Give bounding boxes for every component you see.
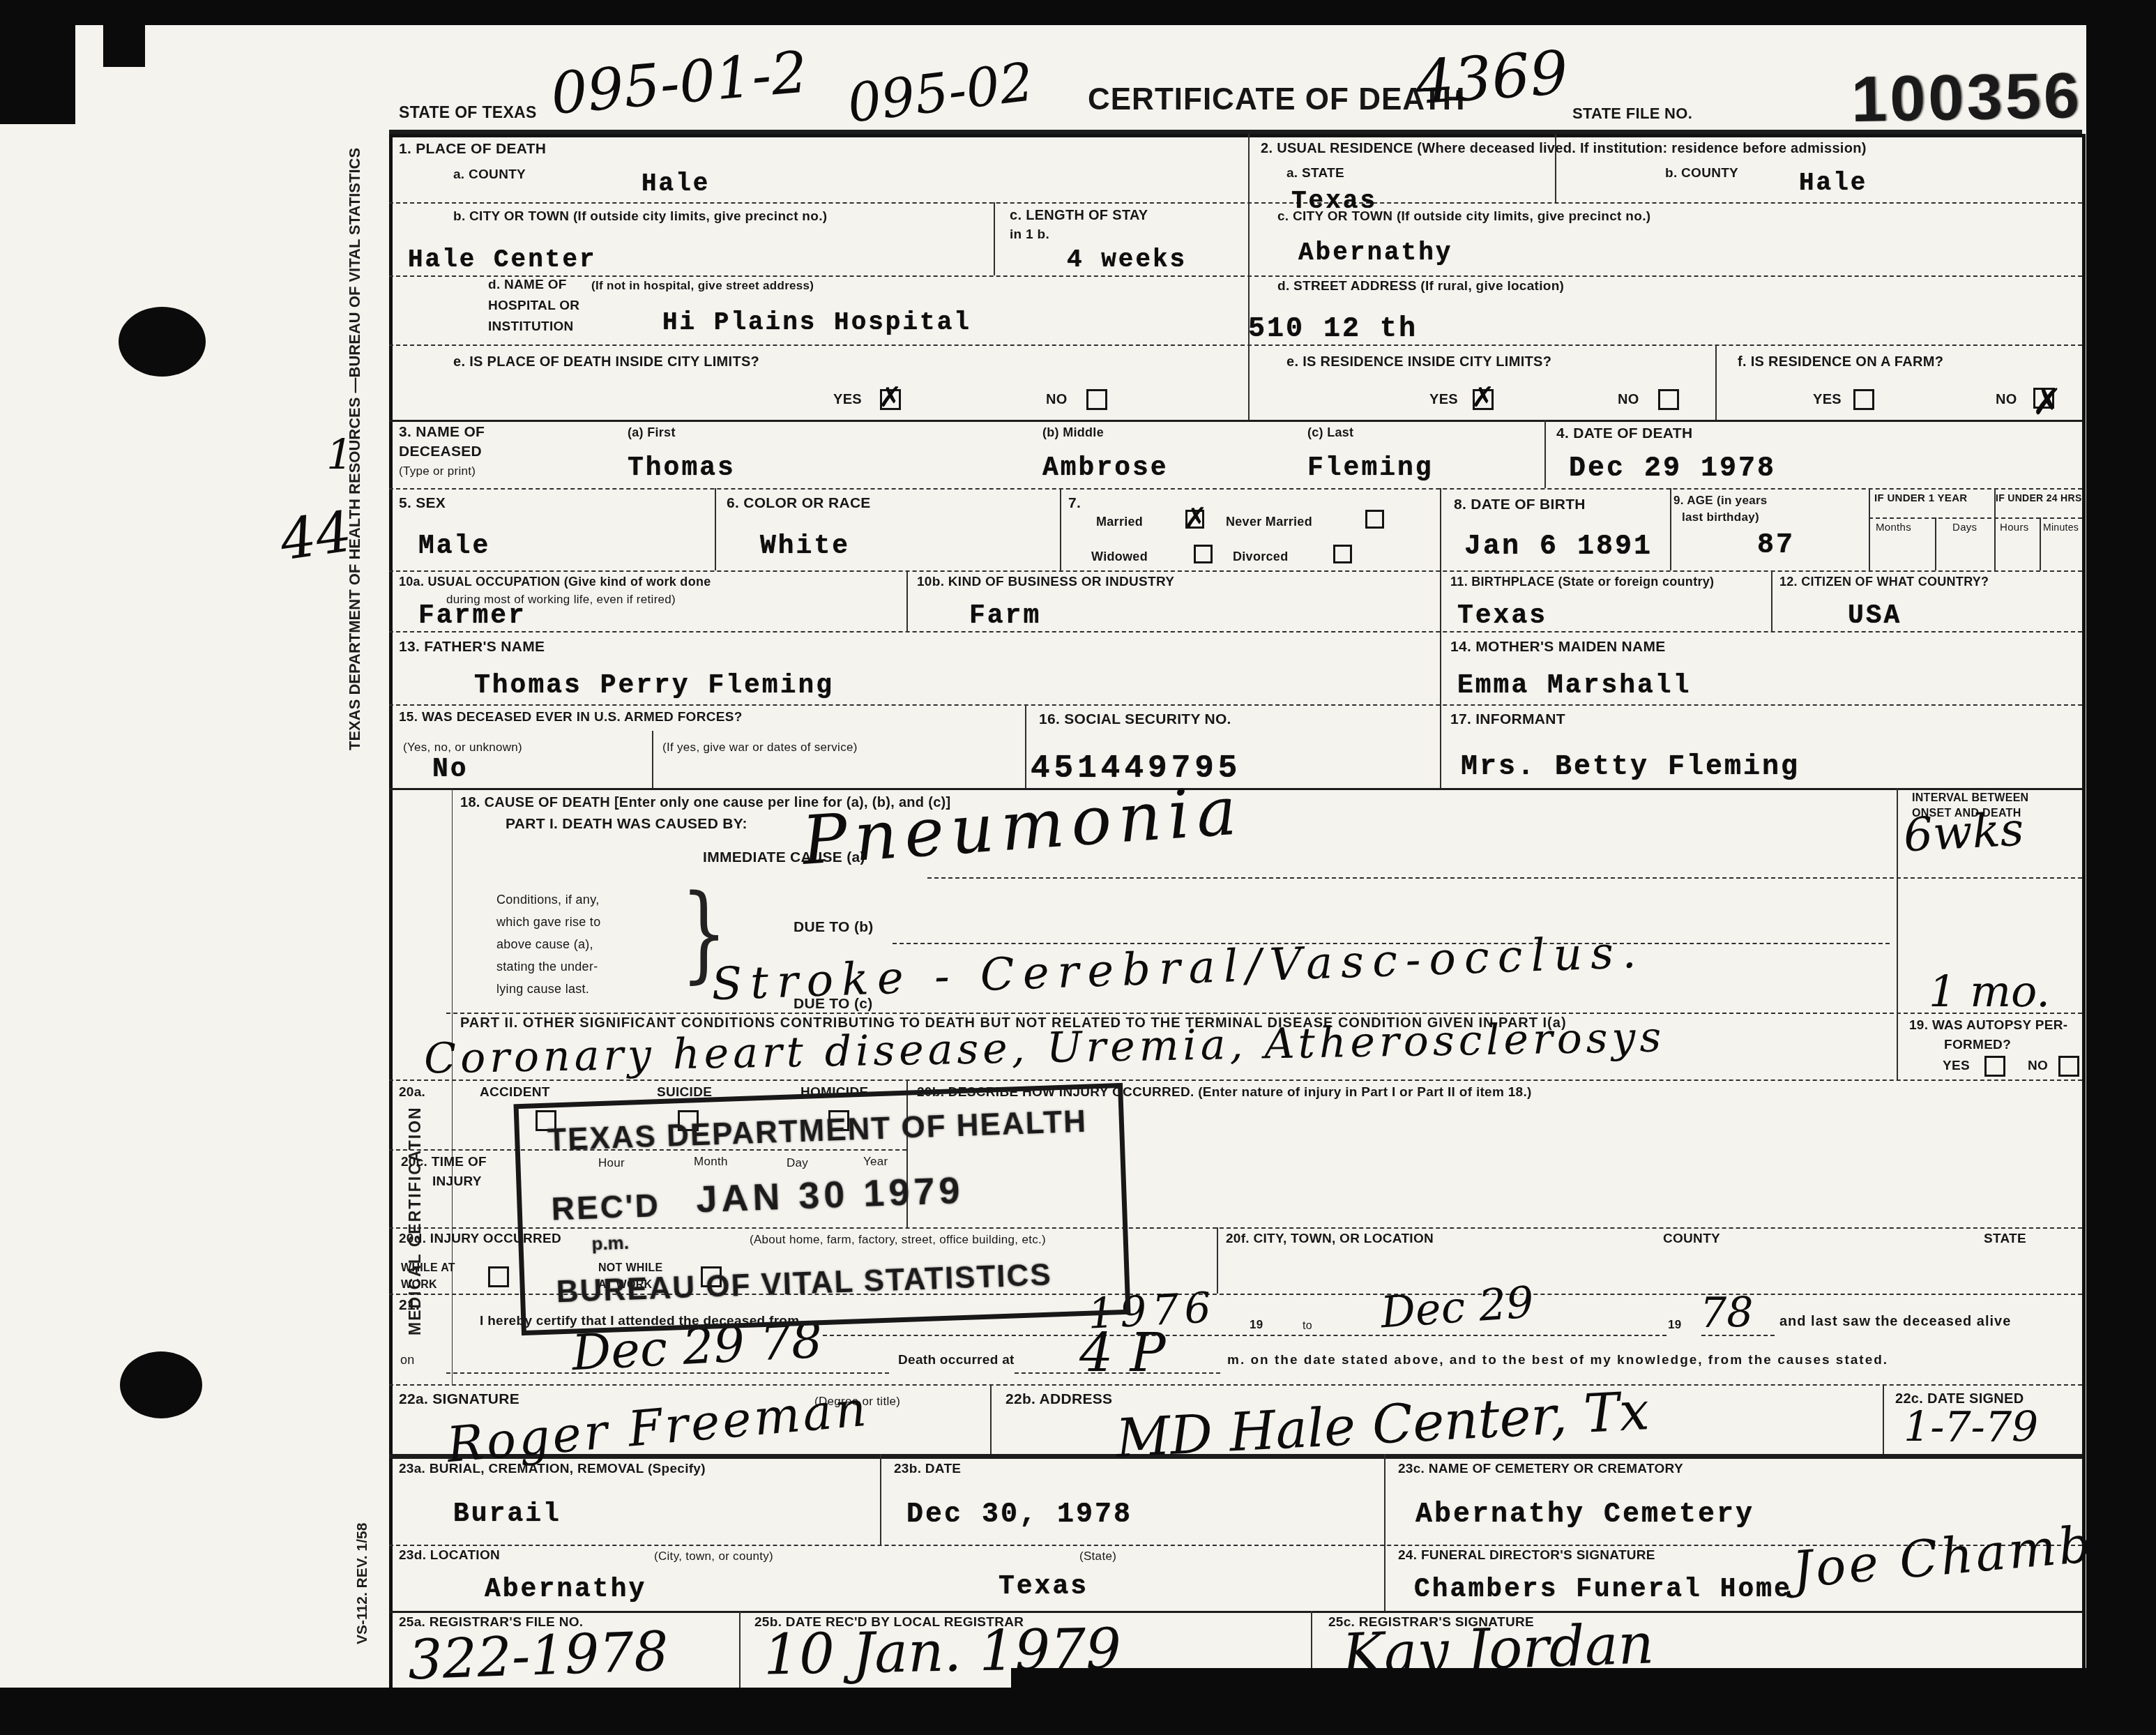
burial-value: Burail <box>453 1499 561 1529</box>
never-married-checkbox <box>1365 510 1384 529</box>
date-signed-script: 1-7-79 <box>1904 1403 2038 1452</box>
hospital-label-paren: (If not in hospital, give street address… <box>591 279 814 293</box>
last-name-value: Fleming <box>1307 453 1434 483</box>
age-label-2: last birthday) <box>1682 510 1759 524</box>
divider <box>715 488 716 570</box>
checkbox-mark: ✗ <box>879 381 902 414</box>
divider <box>927 877 2082 879</box>
middle-name-label: (b) Middle <box>1042 425 1104 440</box>
stamp-date: JAN 30 1979 <box>695 1169 964 1221</box>
accident-label: ACCIDENT <box>480 1085 550 1100</box>
residence-county-value: Hale <box>1799 169 1867 197</box>
divider <box>389 488 2082 490</box>
residence-farm-label: f. IS RESIDENCE ON A FARM? <box>1738 354 1943 370</box>
conditions-note-5: lying cause last. <box>496 982 589 997</box>
business-value: Farm <box>969 601 1041 631</box>
if-under-24-hrs-label: IF UNDER 24 HRS. <box>1996 492 2085 503</box>
checkbox-mark: ✗ <box>2032 381 2063 423</box>
stamp-line-2: BUREAU OF VITAL STATISTICS <box>556 1258 1052 1310</box>
divider <box>389 704 2082 706</box>
stamp-line-1: TEXAS DEPARTMENT OF HEALTH <box>547 1105 1087 1158</box>
hole-punch-bottom <box>120 1351 202 1418</box>
divider <box>880 1454 881 1545</box>
divorced-label: Divorced <box>1233 550 1288 564</box>
scan-edge-top-left <box>0 0 75 124</box>
minutes-label: Minutes <box>2043 522 2079 533</box>
accident-section-label: 20a. <box>399 1085 425 1100</box>
armed-forces-sub1: (Yes, no, or unknown) <box>403 741 522 755</box>
hospital-label-3: INSTITUTION <box>488 319 574 335</box>
divider <box>1869 488 1870 570</box>
divider <box>389 344 2082 346</box>
address-label: 22b. ADDRESS <box>1005 1391 1112 1408</box>
state-file-no-label: STATE FILE NO. <box>1572 105 1692 123</box>
divider <box>1440 631 1441 704</box>
divorced-checkbox <box>1333 545 1352 563</box>
part1-label: PART I. DEATH WAS CAUSED BY: <box>506 816 747 833</box>
divider <box>906 570 908 631</box>
residence-city-limits-yes: YES <box>1429 392 1458 408</box>
residence-farm-no: NO <box>1996 392 2017 408</box>
first-name-value: Thomas <box>628 453 736 483</box>
funeral-director-label: 24. FUNERAL DIRECTOR'S SIGNATURE <box>1398 1548 1655 1563</box>
while-at-work-checkbox <box>488 1266 509 1287</box>
signature-label: 22a. SIGNATURE <box>399 1391 519 1408</box>
residence-county-label: b. COUNTY <box>1665 166 1738 181</box>
death-city-limits-yes-checkbox: ✗ <box>880 389 901 410</box>
death-city-limits-label: e. IS PLACE OF DEATH INSIDE CITY LIMITS? <box>453 354 759 370</box>
certify-to: to <box>1303 1320 1312 1333</box>
burial-location-paren1: (City, town, or county) <box>654 1550 773 1563</box>
divider <box>739 1611 741 1688</box>
birthplace-label: 11. BIRTHPLACE (State or foreign country… <box>1450 575 1714 589</box>
mothers-maiden-name-value: Emma Marshall <box>1457 671 1691 701</box>
usual-residence-title: 2. USUAL RESIDENCE (Where deceased lived… <box>1261 141 1867 157</box>
certify-death-at: Death occurred at <box>898 1353 1015 1368</box>
city-label: b. CITY OR TOWN (If outside city limits,… <box>453 209 827 225</box>
certify-time-value: 4 P <box>1079 1321 1166 1384</box>
citizen-label: 12. CITIZEN OF WHAT COUNTRY? <box>1779 575 1989 589</box>
residence-city-limits-yes-checkbox: ✗ <box>1473 389 1494 410</box>
fathers-name-label: 13. FATHER'S NAME <box>399 639 545 656</box>
informant-label: 17. INFORMANT <box>1450 711 1565 728</box>
residence-state-label: a. STATE <box>1286 166 1344 181</box>
autopsy-label-1: 19. WAS AUTOPSY PER- <box>1909 1018 2067 1033</box>
divider <box>389 420 2082 422</box>
divider <box>652 731 653 788</box>
residence-farm-no-checkbox: ✗ <box>2033 388 2054 409</box>
divider <box>1883 1384 1884 1454</box>
divider <box>389 1384 2082 1386</box>
injury-city-label: 20f. CITY, TOWN, OR LOCATION <box>1226 1232 1434 1247</box>
name-of-deceased-label-3: (Type or print) <box>399 464 476 478</box>
stamped-file-no: 100356 <box>1851 59 2083 137</box>
business-label: 10b. KIND OF BUSINESS OR INDUSTRY <box>917 575 1174 590</box>
date-of-birth-value: Jan 6 1891 <box>1464 531 1653 563</box>
color-race-value: White <box>760 531 850 561</box>
death-city-limits-yes: YES <box>833 392 862 408</box>
fathers-name-value: Thomas Perry Fleming <box>474 671 834 701</box>
divider <box>2040 517 2041 570</box>
death-certificate-scan: TEXAS DEPARTMENT OF HEALTH RESOURCES —BU… <box>0 0 2156 1735</box>
divider <box>1440 570 1441 631</box>
first-name-label: (a) First <box>628 425 676 440</box>
divider <box>446 1013 2082 1014</box>
while-at-work-label-2: WORK <box>401 1279 437 1291</box>
hole-punch-top <box>119 307 206 377</box>
length-of-stay-sub: in 1 b. <box>1010 227 1049 243</box>
divider <box>389 631 2082 632</box>
sex-value: Male <box>418 531 490 561</box>
time-of-injury-label-1: 20c. TIME OF <box>401 1155 487 1170</box>
certify-yr1: 19 <box>1250 1318 1263 1332</box>
burial-location-label: 23d. LOCATION <box>399 1548 500 1563</box>
days-label: Days <box>1952 522 1977 533</box>
divider <box>1440 704 1441 788</box>
residence-city-limits-no: NO <box>1618 392 1639 408</box>
scan-edge-top <box>0 0 2156 25</box>
margin-handwritten-44: 44 <box>276 499 356 573</box>
scan-edge-bottom <box>0 1688 2156 1735</box>
sex-label: 5. SEX <box>399 495 446 512</box>
autopsy-yes-checkbox <box>1984 1056 2005 1077</box>
stamp-pm: p.m. <box>591 1232 630 1255</box>
occupation-label-1: 10a. USUAL OCCUPATION (Give kind of work… <box>399 575 711 589</box>
funeral-home-value: Chambers Funeral Home <box>1414 1575 1792 1605</box>
length-of-stay-label: c. LENGTH OF STAY <box>1010 208 1148 224</box>
autopsy-no-checkbox <box>2058 1056 2079 1077</box>
occupation-value: Farmer <box>418 601 526 631</box>
death-city-limits-no-checkbox <box>1086 389 1107 410</box>
certify-line2b: m. on the date stated above, and to the … <box>1227 1353 1888 1368</box>
state-of-texas-label: STATE OF TEXAS <box>399 103 537 122</box>
divider <box>452 788 453 1384</box>
city-value: Hale Center <box>408 245 597 274</box>
sidebar-form-code: VS-112. REV. 1/58 <box>354 1435 371 1644</box>
informant-value: Mrs. Betty Fleming <box>1461 752 1800 783</box>
divider <box>389 1079 2082 1081</box>
margin-handwritten-1: 1 <box>326 431 353 480</box>
cemetery-value: Abernathy Cemetery <box>1415 1499 1754 1531</box>
mothers-maiden-name-label: 14. MOTHER'S MAIDEN NAME <box>1450 639 1666 656</box>
divider <box>1217 1227 1218 1294</box>
residence-city-limits-label: e. IS RESIDENCE INSIDE CITY LIMITS? <box>1286 354 1551 370</box>
if-under-1-year-label: IF UNDER 1 YEAR <box>1874 492 1967 504</box>
never-married-label: Never Married <box>1226 515 1312 529</box>
registrar-file-no-value: 322-1978 <box>407 1621 670 1692</box>
checkbox-mark: ✗ <box>1184 502 1208 534</box>
stamp-recd: REC'D <box>551 1186 661 1227</box>
divider <box>1384 1454 1386 1611</box>
scan-edge-right <box>2086 0 2156 1735</box>
armed-forces-sub2: (If yes, give war or dates of service) <box>662 741 858 755</box>
scan-edge-top-notch <box>103 0 145 67</box>
length-of-stay-value: 4 weeks <box>1067 245 1187 274</box>
residence-city-value: Abernathy <box>1298 238 1452 267</box>
divider <box>1440 488 1441 570</box>
birthplace-value: Texas <box>1457 601 1547 631</box>
death-city-limits-no: NO <box>1046 392 1068 408</box>
interval-c-value: 1 mo. <box>1929 966 2050 1017</box>
color-race-label: 6. COLOR OR RACE <box>727 495 871 512</box>
due-to-b-label: DUE TO (b) <box>794 919 874 936</box>
injury-county-label: COUNTY <box>1663 1232 1720 1247</box>
divider <box>389 570 2082 572</box>
certify-number: 21. <box>399 1297 420 1314</box>
hospital-label-2: HOSPITAL OR <box>488 298 579 314</box>
divider <box>1248 134 1250 420</box>
widowed-checkbox <box>1194 545 1213 563</box>
married-checkbox: ✗ <box>1185 510 1204 529</box>
hospital-value: Hi Plains Hospital <box>662 308 971 337</box>
divider <box>1897 788 1898 1079</box>
citizen-value: USA <box>1848 601 1901 631</box>
conditions-note-1: Conditions, if any, <box>496 893 599 907</box>
street-address-value: 510 12 th <box>1248 314 1418 345</box>
date-of-death-value: Dec 29 1978 <box>1569 453 1776 485</box>
armed-forces-value: No <box>432 755 469 785</box>
residence-state-value: Texas <box>1291 187 1377 215</box>
months-label: Months <box>1876 522 1911 533</box>
certificate-title: CERTIFICATE OF DEATH <box>1088 82 1465 117</box>
conditions-note-4: stating the under- <box>496 960 598 974</box>
middle-name-value: Ambrose <box>1042 453 1169 483</box>
armed-forces-label: 15. WAS DECEASED EVER IN U.S. ARMED FORC… <box>399 710 743 725</box>
divider <box>389 1611 2082 1613</box>
autopsy-label-2: FORMED? <box>1944 1038 2011 1053</box>
name-of-deceased-label-1: 3. NAME OF <box>399 424 485 441</box>
burial-location-city: Abernathy <box>485 1575 646 1605</box>
county-value: Hale <box>642 169 710 198</box>
checkbox-mark: ✗ <box>1471 381 1495 414</box>
injury-state-label: STATE <box>1984 1232 2026 1247</box>
divider <box>1670 488 1671 570</box>
date-of-birth-label: 8. DATE OF BIRTH <box>1454 497 1586 513</box>
divider <box>1715 344 1717 420</box>
conditions-note-3: above cause (a), <box>496 937 593 952</box>
handwritten-code-1: 095-01-2 <box>549 39 810 128</box>
divider <box>1544 420 1546 488</box>
autopsy-no: NO <box>2028 1059 2048 1074</box>
divider <box>823 1335 1667 1336</box>
interval-a-value: 6wks <box>1902 803 2025 863</box>
married-label: Married <box>1096 515 1143 529</box>
burial-location-state: Texas <box>999 1572 1088 1602</box>
time-of-injury-label-2: INJURY <box>432 1174 482 1190</box>
autopsy-yes: YES <box>1943 1059 1970 1074</box>
divider <box>389 275 2082 277</box>
place-of-death-title: 1. PLACE OF DEATH <box>399 141 546 158</box>
residence-farm-yes-checkbox <box>1853 389 1874 410</box>
ssn-label: 16. SOCIAL SECURITY NO. <box>1039 711 1231 728</box>
while-at-work-label-1: WHILE AT <box>401 1262 455 1275</box>
scan-edge-bottom2 <box>1011 1668 2156 1689</box>
certify-on: on <box>400 1353 415 1367</box>
certify-line1b: and last saw the deceased alive <box>1779 1314 2011 1330</box>
cemetery-label: 23c. NAME OF CEMETERY OR CREMATORY <box>1398 1462 1683 1477</box>
burial-date-value: Dec 30, 1978 <box>906 1499 1132 1531</box>
handwritten-cert-no: 4369 <box>1413 38 1570 118</box>
county-label: a. COUNTY <box>453 167 526 183</box>
marital-status-label: 7. <box>1068 495 1081 512</box>
last-name-label: (c) Last <box>1307 425 1353 440</box>
conditions-note-2: which gave rise to <box>496 915 600 930</box>
age-label-1: 9. AGE (in years <box>1673 494 1768 508</box>
residence-city-limits-no-checkbox <box>1658 389 1679 410</box>
divider <box>389 202 2082 204</box>
divider <box>1935 517 1936 570</box>
divider <box>1869 517 2082 519</box>
street-address-label: d. STREET ADDRESS (If rural, give locati… <box>1277 279 1564 294</box>
widowed-label: Widowed <box>1091 550 1148 564</box>
handwritten-code-2: 095-02 <box>844 50 1037 135</box>
hours-label: Hours <box>2000 522 2029 533</box>
certify-to-year-value: 78 <box>1700 1289 1753 1338</box>
certify-to-value: Dec 29 <box>1379 1276 1535 1338</box>
burial-location-paren2: (State) <box>1079 1550 1116 1563</box>
divider <box>1771 570 1772 631</box>
residence-farm-yes: YES <box>1813 392 1842 408</box>
received-stamp: TEXAS DEPARTMENT OF HEALTH REC'D p.m. JA… <box>513 1083 1130 1335</box>
burial-date-label: 23b. DATE <box>894 1462 961 1477</box>
hospital-label-1: d. NAME OF <box>488 278 567 293</box>
divider <box>1060 488 1061 570</box>
divider <box>1025 704 1026 788</box>
date-of-death-label: 4. DATE OF DEATH <box>1556 425 1692 442</box>
certify-yr2: 19 <box>1668 1318 1682 1332</box>
name-of-deceased-label-2: DECEASED <box>399 444 482 460</box>
age-value: 87 <box>1757 530 1795 561</box>
divider <box>994 202 995 275</box>
sidebar-department-text: TEXAS DEPARTMENT OF HEALTH RESOURCES —BU… <box>346 234 364 750</box>
divider <box>990 1384 992 1454</box>
